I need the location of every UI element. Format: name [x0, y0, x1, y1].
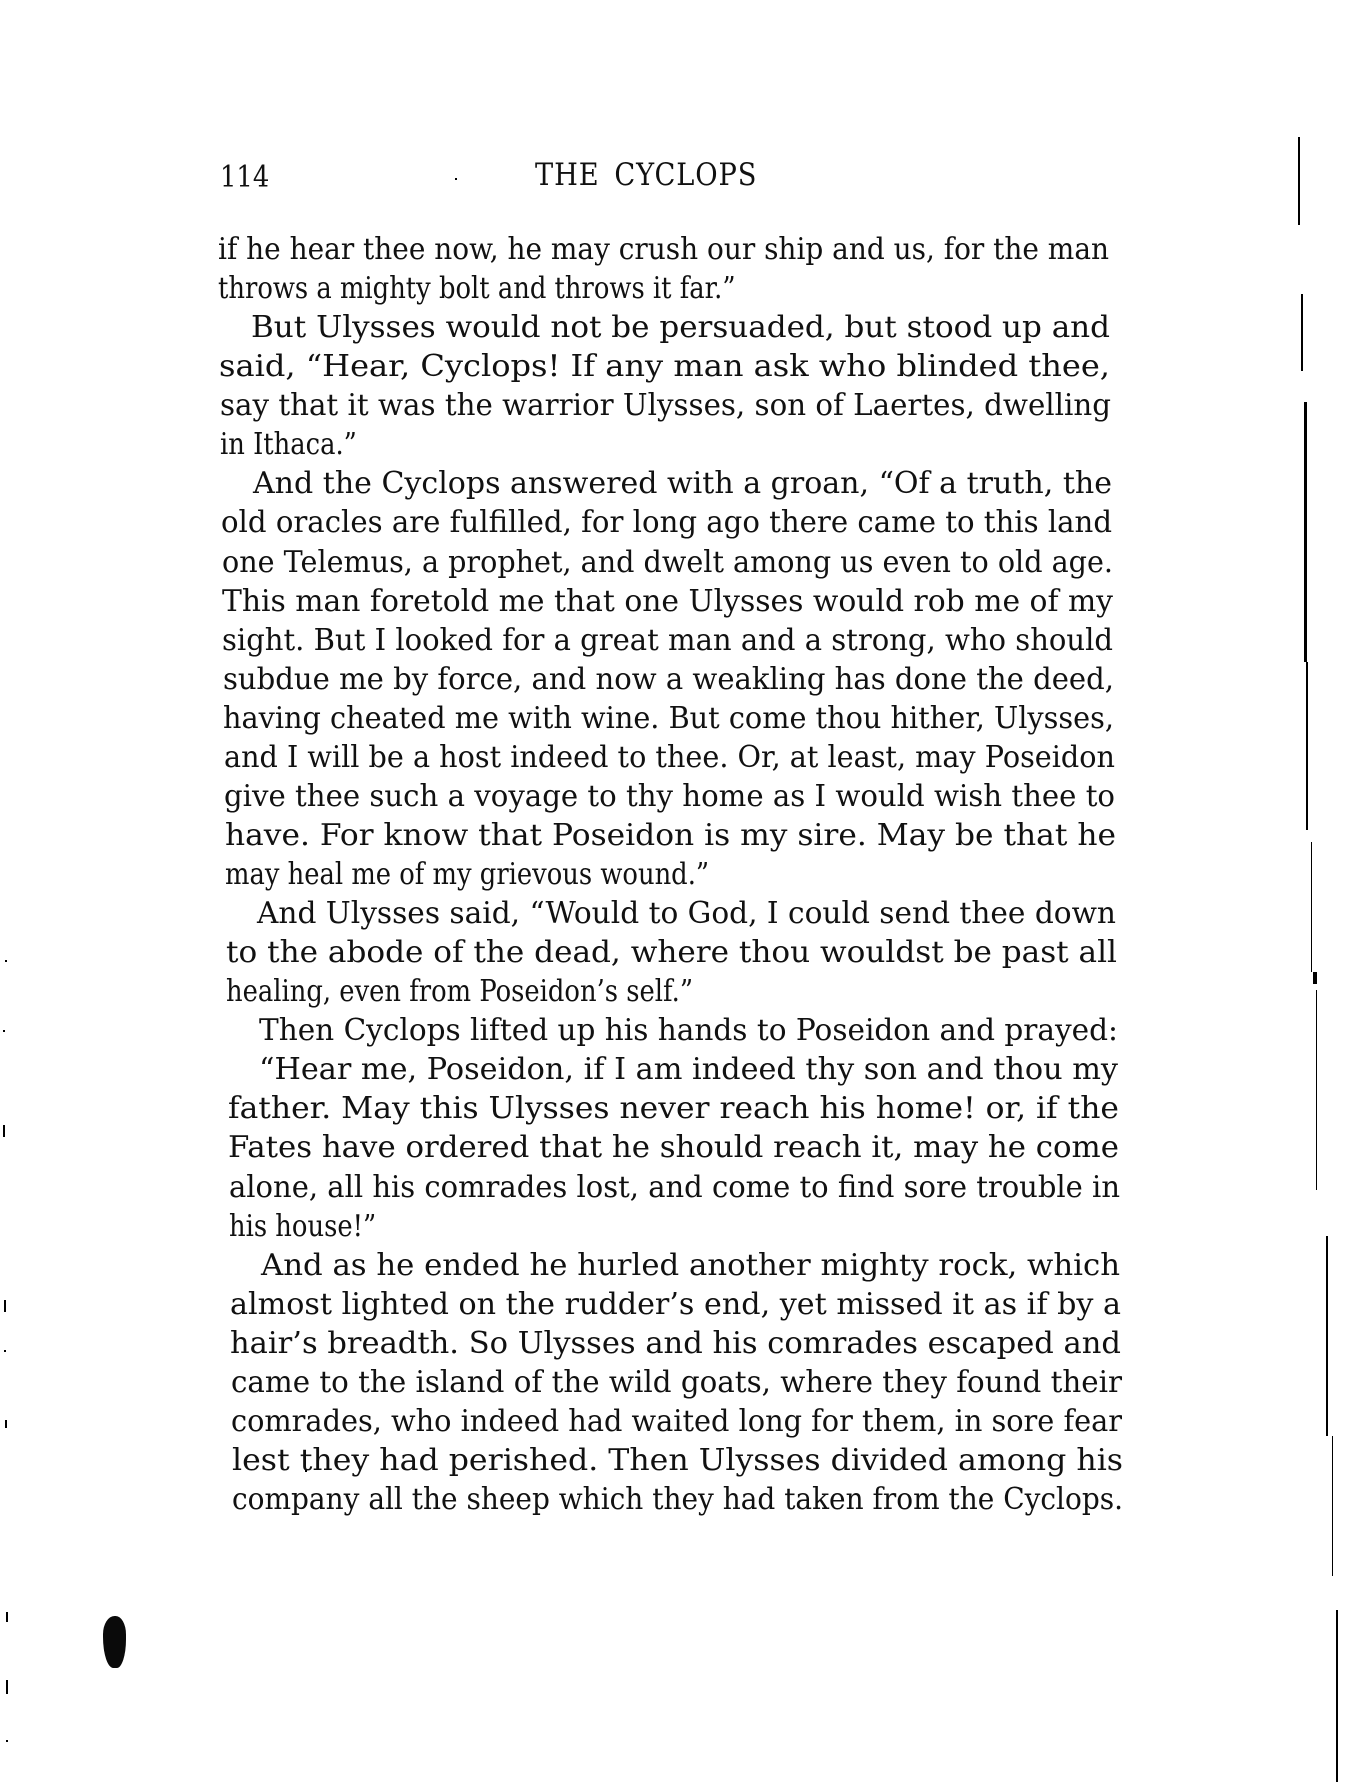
scan-speck: [3, 1125, 5, 1137]
text-line: And Ulysses said, “Would to God, I could…: [257, 894, 1116, 933]
scan-edge-line: [1298, 137, 1300, 225]
text-line: Fates have ordered that he should reach …: [228, 1128, 1119, 1167]
ink-blot: [103, 1616, 126, 1668]
text-line: But Ulysses would not be persuaded, but …: [251, 308, 1110, 347]
text-line: if he hear thee now, he may crush our sh…: [218, 230, 1109, 269]
text-line: And the Cyclops answered with a groan, “…: [253, 464, 1112, 503]
text-line: father. May this Ulysses never reach his…: [228, 1089, 1119, 1128]
text-line: may heal me of my grievous wound.”: [225, 855, 1116, 894]
scan-edge-line: [1313, 972, 1317, 984]
text-line: throws a mighty bolt and throws it far.”: [218, 269, 1109, 308]
scan-speck: [5, 960, 7, 962]
scan-edge-line: [1326, 1236, 1328, 1436]
scan-edge-line: [1332, 1436, 1333, 1576]
text-line: give thee such a voyage to thy home as I…: [224, 777, 1115, 816]
text-line: came to the island of the wild goats, wh…: [231, 1363, 1122, 1402]
scan-speck: [4, 1350, 6, 1352]
scan-speck: [6, 1680, 8, 1694]
text-line: alone, all his comrades lost, and come t…: [229, 1168, 1120, 1207]
text-line: one Telemus, a prophet, and dwelt among …: [222, 543, 1113, 582]
text-line: in Ithaca.”: [220, 425, 1111, 464]
text-line: say that it was the warrior Ulysses, son…: [220, 386, 1111, 425]
text-line: Then Cyclops lifted up his hands to Pose…: [259, 1011, 1118, 1050]
scan-edge-line: [1301, 294, 1303, 371]
scan-edge-line: [1336, 1610, 1338, 1782]
scan-edge-line: [1304, 402, 1307, 662]
scan-speck: [5, 1420, 7, 1428]
scan-speck: [455, 178, 457, 180]
text-line: to the abode of the dead, where thou wou…: [226, 933, 1117, 972]
scan-speck: [6, 1740, 8, 1742]
text-line: almost lighted on the rudder’s end, yet …: [230, 1285, 1121, 1324]
page-number: 114: [220, 160, 269, 196]
scanned-book-page: 114 THE CYCLOPS if he hear thee now, he …: [0, 0, 1354, 1782]
scan-edge-line: [1311, 842, 1312, 972]
scan-speck: [305, 1470, 307, 1472]
text-line: and I will be a host indeed to thee. Or,…: [224, 738, 1115, 777]
text-line: healing, even from Poseidon’s self.”: [226, 972, 1117, 1011]
text-line: And as he ended he hurled another mighty…: [261, 1246, 1120, 1285]
scan-speck: [6, 1612, 8, 1622]
scan-speck: [4, 1300, 6, 1312]
text-line: having cheated me with wine. But come th…: [223, 699, 1114, 738]
text-line: his house!”: [229, 1207, 1120, 1246]
scan-edge-line: [1316, 990, 1317, 1190]
scan-edge-line: [1306, 662, 1308, 830]
running-head-title: THE CYCLOPS: [535, 157, 759, 193]
text-line: comrades, who indeed had waited long for…: [231, 1402, 1122, 1441]
text-line: sight. But I looked for a great man and …: [222, 621, 1113, 660]
text-line: This man foretold me that one Ulysses wo…: [222, 582, 1113, 621]
text-line: “Hear me, Poseidon, if I am indeed thy s…: [259, 1050, 1118, 1089]
text-line: said, “Hear, Cyclops! If any man ask who…: [219, 347, 1110, 386]
text-line: subdue me by force, and now a weakling h…: [223, 660, 1114, 699]
text-line: lest they had perished. Then Ulysses div…: [232, 1441, 1123, 1480]
text-line: company all the sheep which they had tak…: [232, 1480, 1123, 1519]
scan-speck: [3, 1030, 5, 1032]
text-line: have. For know that Poseidon is my sire.…: [225, 816, 1116, 855]
text-line: old oracles are fulfilled, for long ago …: [221, 503, 1112, 542]
text-line: hair’s breadth. So Ulysses and his comra…: [230, 1324, 1121, 1363]
